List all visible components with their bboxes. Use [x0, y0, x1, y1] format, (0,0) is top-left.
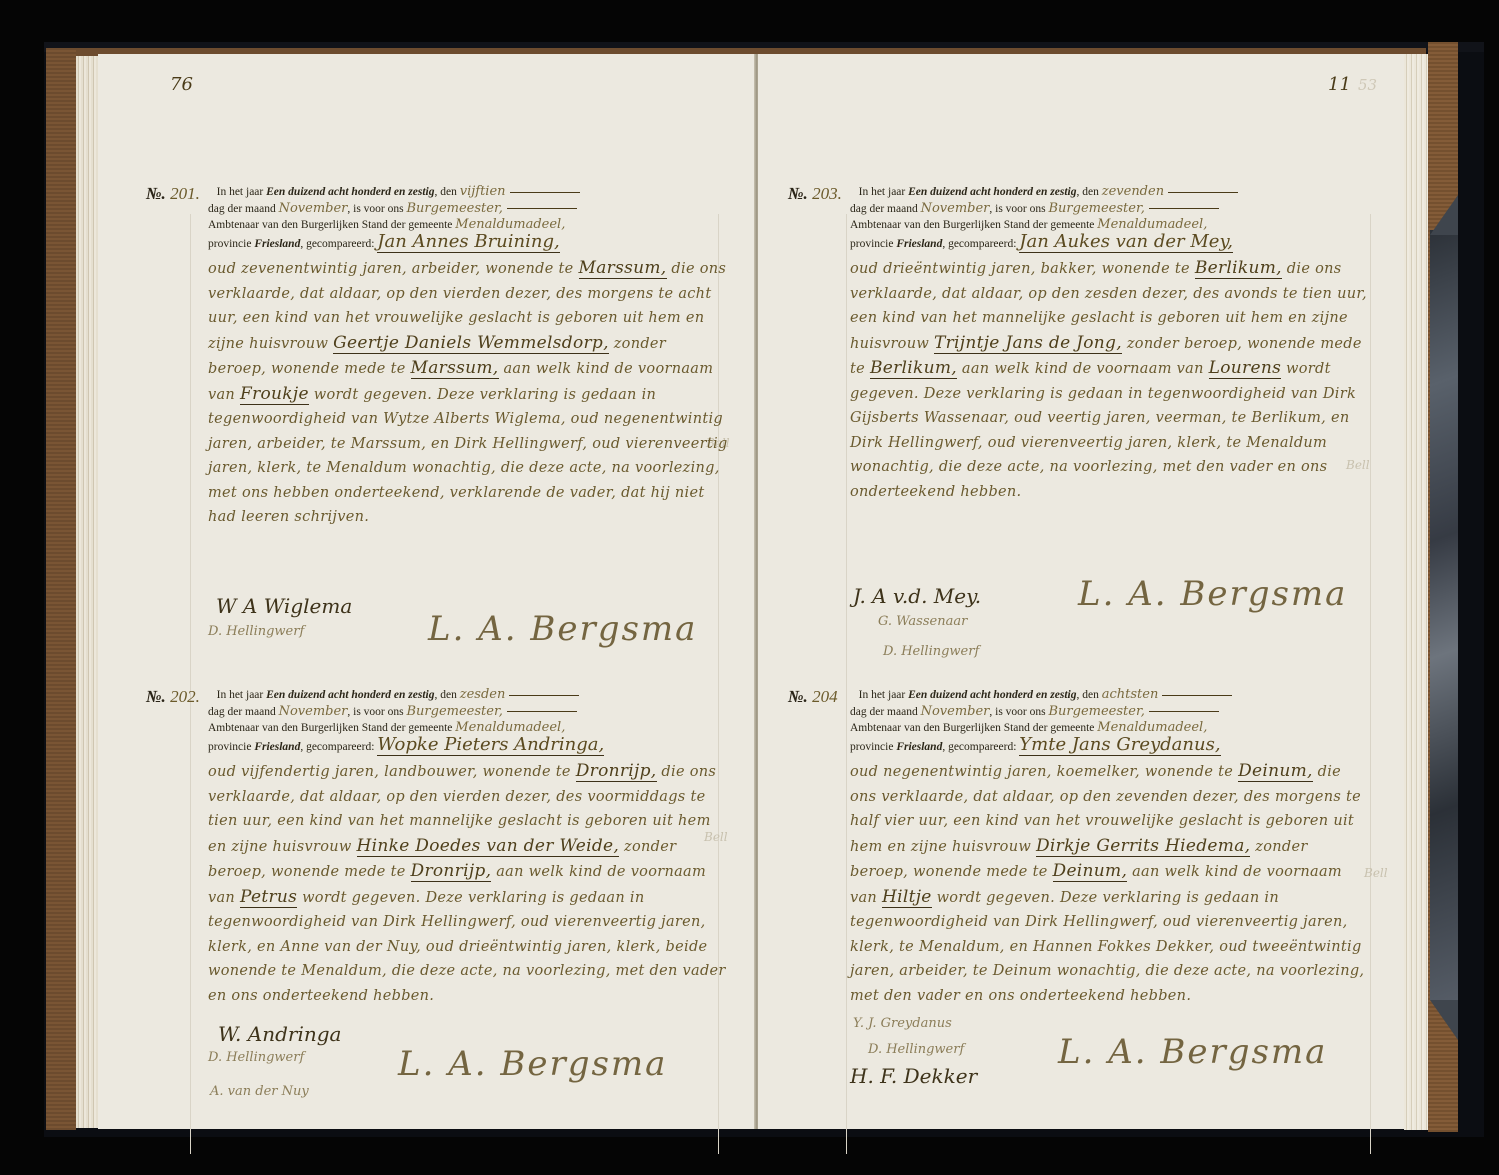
signature: D. Hellingwerf — [883, 644, 979, 659]
official-field: Burgemeester, — [406, 201, 502, 216]
signature: G. Wassenaar — [878, 614, 967, 629]
signature-registrar: L. A. Bergsma — [1078, 574, 1347, 614]
page-edges-right — [1404, 54, 1428, 1130]
cloth-corner-top — [1430, 195, 1458, 235]
declarant-name: Jan Aukes van der Mey, — [1019, 231, 1233, 253]
signature: H. F. Dekker — [850, 1064, 977, 1088]
birth-entry-204: №. 204 In het jaar Een duizend acht hond… — [850, 687, 1370, 1008]
handwritten-text: oud drieëntwintig jaren, bakker, wonende… — [850, 256, 1370, 504]
municipality-field: Menaldumadeel, — [455, 217, 565, 232]
signature-registrar: L. A. Bergsma — [1058, 1032, 1327, 1072]
official-field: Burgemeester, — [1048, 201, 1144, 216]
signature: W. Andringa — [218, 1022, 341, 1046]
day-field: zevenden — [1102, 184, 1164, 199]
mother-name: Geertje Daniels Wemmelsdorp, — [333, 333, 609, 354]
month-field: November — [921, 704, 990, 719]
right-page: 11 53 Bell Bell №. 203. In het jaar Een … — [758, 54, 1404, 1129]
handwritten-text: oud zevenentwintig jaren, arbeider, wone… — [208, 256, 728, 530]
entry-number: №. 201. — [146, 184, 200, 204]
printed-form: In het jaar Een duizend acht honderd en … — [850, 184, 1370, 252]
left-page: 76 Bell Bell №. 201. In het jaar Een dui… — [98, 54, 756, 1129]
birth-entry-202: №. 202. In het jaar Een duizend acht hon… — [208, 687, 728, 1008]
child-name: Lourens — [1209, 358, 1281, 379]
folio-number: 11 — [1328, 74, 1351, 95]
printed-form: In het jaar Een duizend acht honderd en … — [850, 687, 1370, 755]
handwritten-text: oud vijfendertig jaren, landbouwer, wone… — [208, 759, 728, 1008]
signature: D. Hellingwerf — [868, 1042, 964, 1057]
margin-rule — [846, 214, 847, 1154]
child-name: Froukje — [240, 384, 309, 405]
folio-number-faint: 53 — [1358, 76, 1377, 94]
handwritten-text: oud negenentwintig jaren, koemelker, won… — [850, 759, 1370, 1008]
day-field: vijftien — [460, 184, 506, 199]
month-field: November — [279, 201, 348, 216]
signature: Y. J. Greydanus — [853, 1016, 952, 1031]
declarant-name: Wopke Pieters Andringa, — [377, 734, 604, 756]
declarant-name: Ymte Jans Greydanus, — [1019, 734, 1220, 756]
child-name: Petrus — [240, 887, 297, 908]
mother-name: Dirkje Gerrits Hiedema, — [1036, 836, 1250, 857]
signature-registrar: L. A. Bergsma — [428, 609, 697, 649]
signature: J. A v.d. Mey. — [853, 584, 981, 608]
margin-rule — [190, 214, 191, 1154]
entry-number: №. 204 — [788, 687, 838, 707]
signature: D. Hellingwerf — [208, 1050, 304, 1065]
signature: A. van der Nuy — [210, 1084, 309, 1099]
signature: D. Hellingwerf — [208, 624, 304, 639]
signature: W A Wiglema — [216, 594, 352, 618]
month-field: November — [921, 201, 990, 216]
day-field: achtsten — [1102, 687, 1159, 702]
municipality-field: Menaldumadeel, — [1097, 217, 1207, 232]
day-field: zesden — [460, 687, 506, 702]
page-edges-left — [76, 56, 98, 1128]
birth-entry-203: №. 203. In het jaar Een duizend acht hon… — [850, 184, 1370, 504]
folio-number: 76 — [170, 74, 193, 95]
mother-name: Hinke Doedes van der Weide, — [357, 836, 620, 857]
mother-name: Trijntje Jans de Jong, — [934, 333, 1122, 354]
official-field: Burgemeester, — [406, 704, 502, 719]
birth-entry-201: №. 201. In het jaar Een duizend acht hon… — [208, 184, 728, 530]
municipality-field: Menaldumadeel, — [1097, 720, 1207, 735]
printed-form: In het jaar Een duizend acht honderd en … — [208, 184, 728, 252]
signature-registrar: L. A. Bergsma — [398, 1044, 667, 1084]
cloth-corner-bottom — [1430, 1000, 1458, 1040]
declarant-name: Jan Annes Bruining, — [377, 231, 559, 253]
entry-number: №. 202. — [146, 687, 200, 707]
margin-rule — [1370, 214, 1371, 1154]
month-field: November — [279, 704, 348, 719]
entry-number: №. 203. — [788, 184, 842, 204]
municipality-field: Menaldumadeel, — [455, 720, 565, 735]
cloth-binding-left — [46, 50, 76, 1130]
marbled-board — [1430, 230, 1458, 1000]
printed-form: In het jaar Een duizend acht honderd en … — [208, 687, 728, 755]
official-field: Burgemeester, — [1048, 704, 1144, 719]
child-name: Hiltje — [882, 887, 932, 908]
